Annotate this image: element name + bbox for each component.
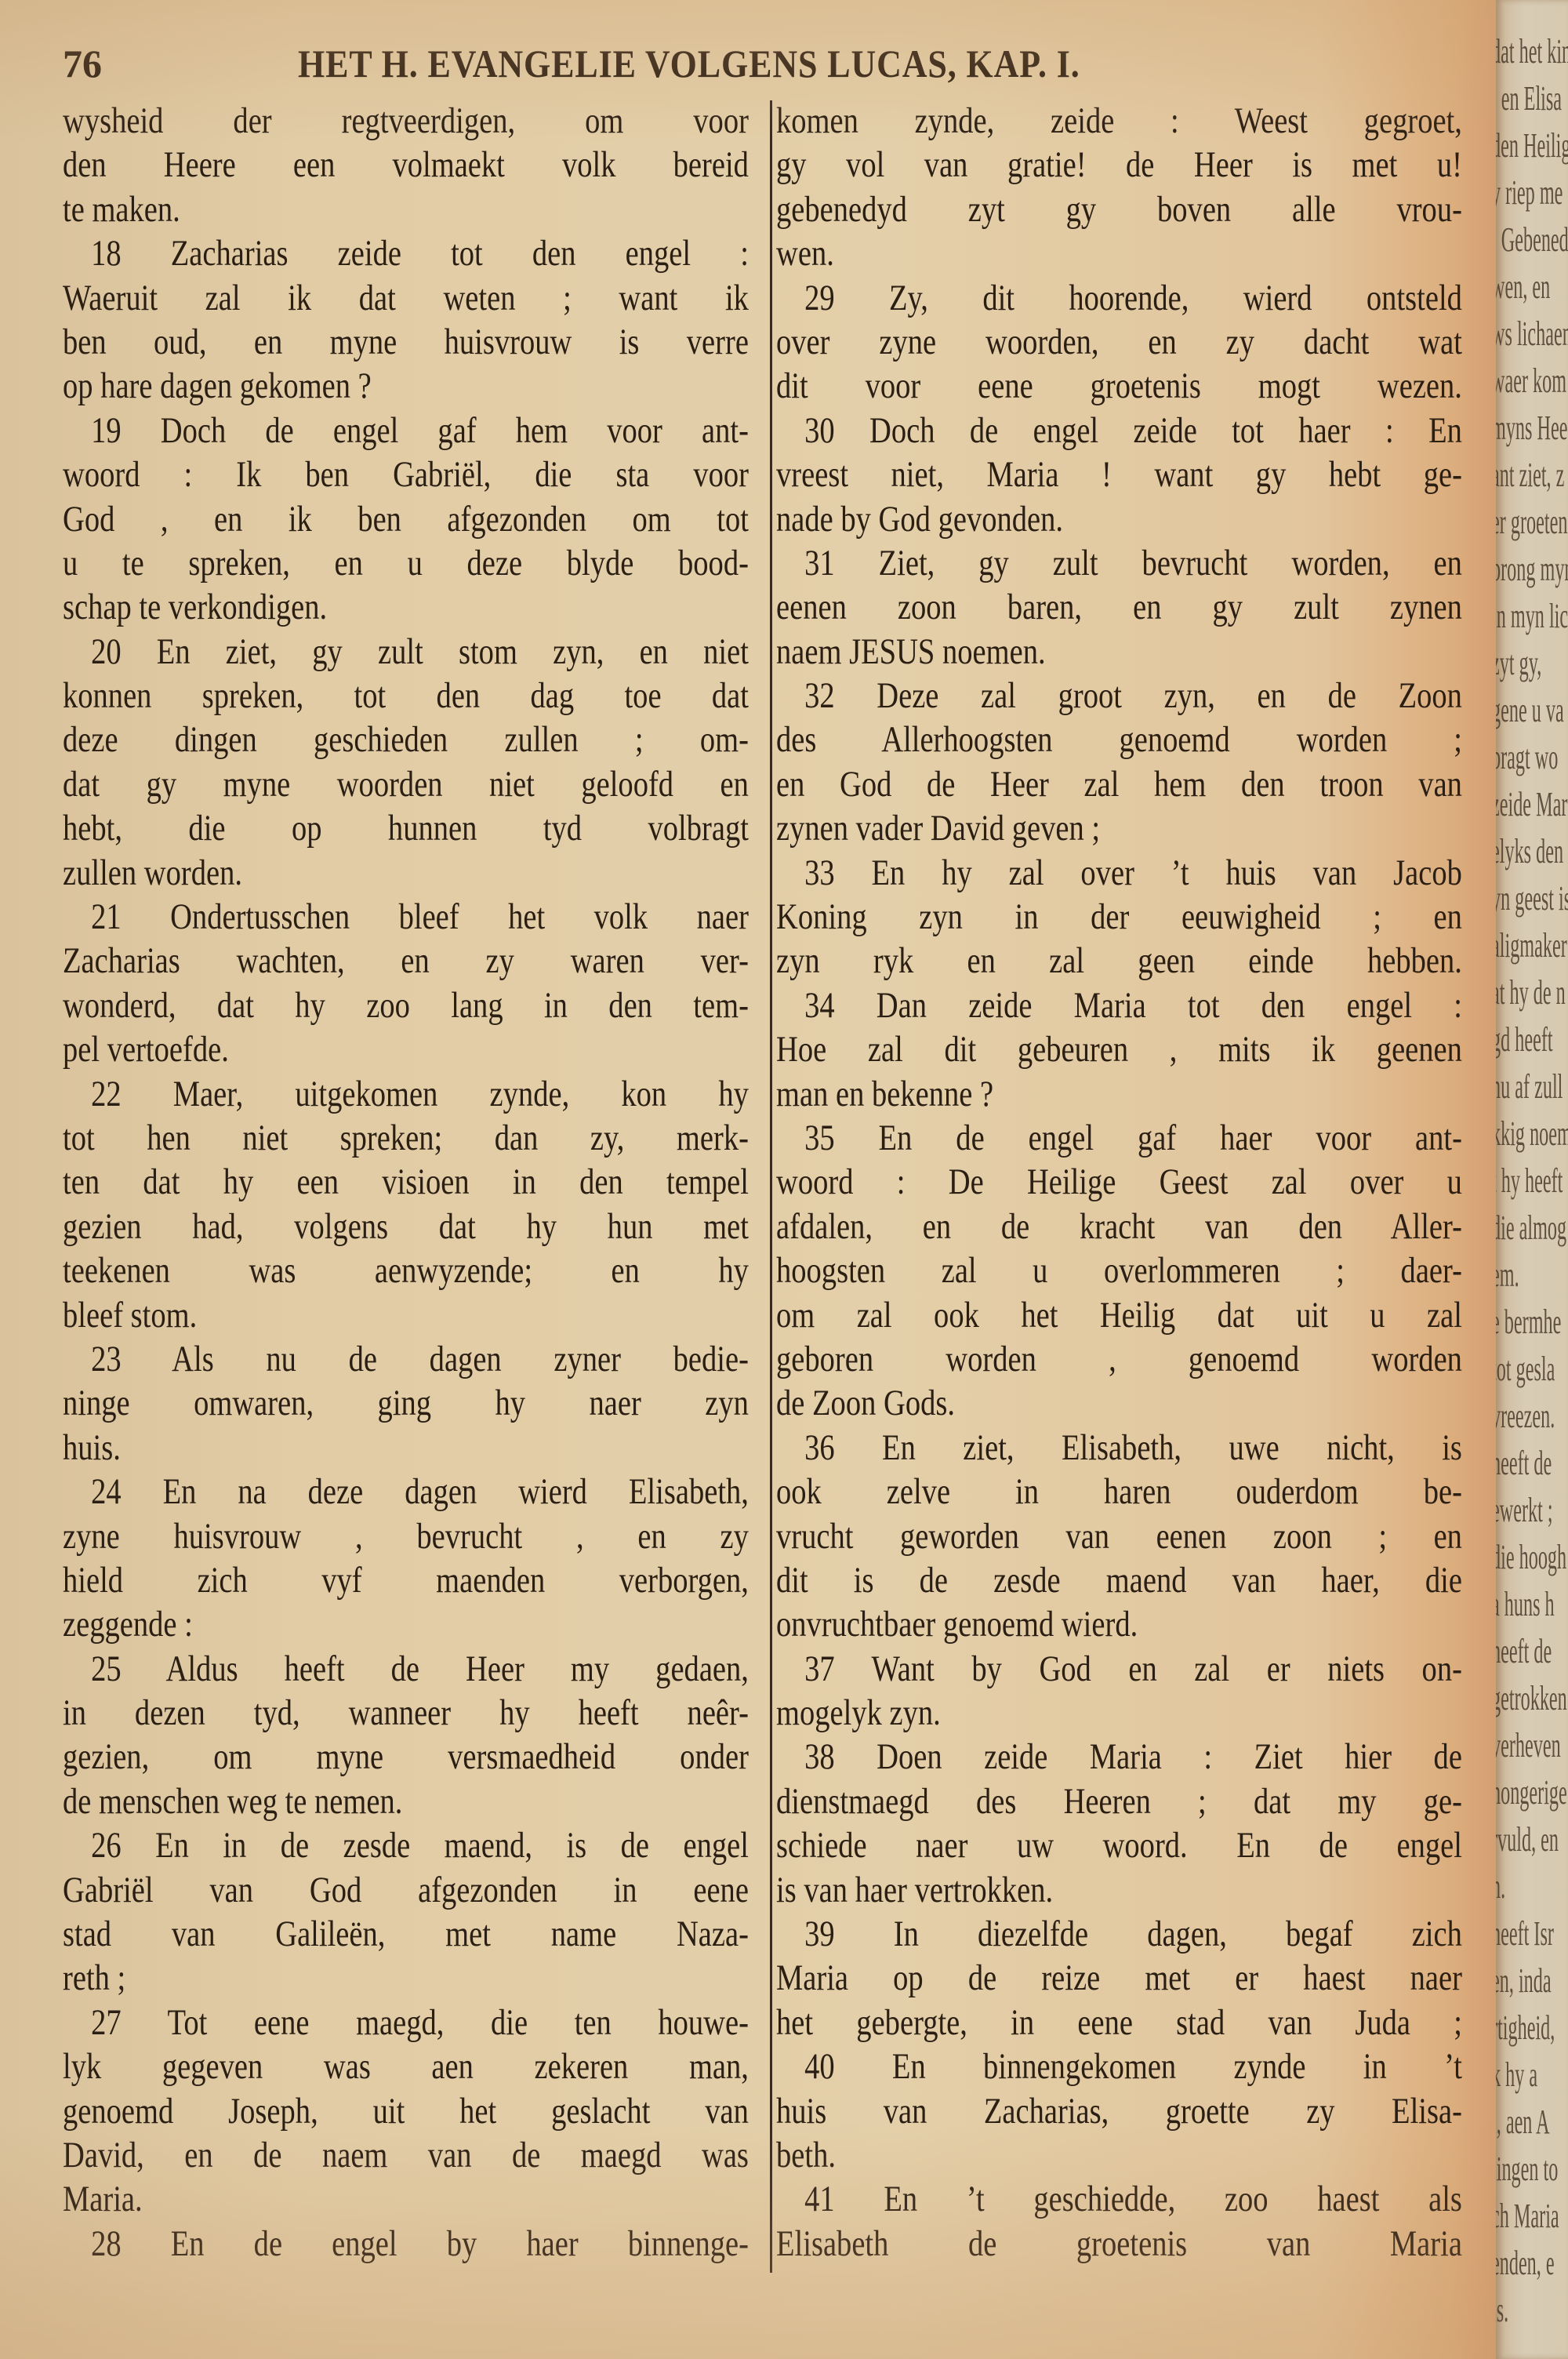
text-line: zullen worden. [63, 851, 749, 895]
text-line: huis van Zacharias, groette zy Elisa- [776, 2089, 1462, 2133]
text-line: gy vol van gratie! de Heer is met u! [776, 143, 1462, 187]
text-line: Maria. [63, 2177, 749, 2221]
text-line: eenen zoon baren, en gy zult zynen [776, 585, 1462, 629]
text-line: in dezen tyd, wanneer hy heeft neêr- [63, 1691, 749, 1735]
text-line: Maria op de reize met er haest naer [776, 1956, 1462, 2000]
verse-start-line: 41 En ’t geschiedde, zoo haest als [776, 2177, 1462, 2221]
facing-page-text-fragment: in myn lic [1496, 596, 1568, 636]
facing-page-text-fragment: verheven [1496, 1725, 1561, 1765]
verse-start-line: 38 Doen zeide Maria : Ziet hier de [776, 1735, 1462, 1779]
facing-page-text-fragment: zeide Mari [1496, 784, 1568, 824]
text-line: bleef stom. [63, 1293, 749, 1337]
facing-page-text-fragment: y riep me [1496, 173, 1563, 213]
facing-page-text-fragment: dat het kin [1496, 31, 1568, 71]
text-line: ten dat hy een visioen in den tempel [63, 1160, 749, 1204]
text-line: wysheid der regtveerdigen, om voor [63, 99, 749, 143]
facing-page-text-fragment: ; en Elisa [1496, 78, 1562, 118]
facing-page-text-fragment: e bermhe [1496, 1302, 1561, 1342]
facing-page-text-fragment: ewerkt ; [1496, 1490, 1553, 1530]
verse-start-line: 26 En in de zesde maend, is de engel [63, 1823, 749, 1867]
page-number: 76 [63, 41, 102, 86]
text-line: konnen spreken, tot den dag toe dat [63, 674, 749, 718]
facing-page-text-fragment: hongerige [1496, 1772, 1567, 1812]
column-divider [770, 100, 772, 2273]
facing-page-text-fragment: ws lichaem [1496, 314, 1568, 354]
text-line: den Heere een volmaekt volk bereid [63, 143, 749, 187]
text-line: zeggende : [63, 1602, 749, 1646]
facing-page-text-fragment: a huns h [1496, 1584, 1555, 1624]
text-line: lyk gegeven was aen zekeren man, [63, 2045, 749, 2088]
verse-start-line: 20 En ziet, gy zult stom zyn, en niet [63, 630, 749, 674]
facing-page-text-fragment: die almog [1496, 1208, 1566, 1248]
text-line: het gebergte, in eene stad van Juda ; [776, 2001, 1462, 2045]
text-line: hebt, die op hunnen tyd volbragt [63, 806, 749, 850]
verse-start-line: 23 Als nu de dagen zyner bedie- [63, 1337, 749, 1381]
text-line: ook zelve in haren ouderdom be- [776, 1470, 1462, 1514]
verse-start-line: 22 Maer, uitgekomen zynde, kon hy [63, 1072, 749, 1116]
facing-page-text-fragment: gd heeft [1496, 1020, 1553, 1060]
facing-page-text-fragment: myns Heer [1496, 408, 1568, 448]
text-line: mogelyk zyn. [776, 1691, 1462, 1735]
text-line: hield zich vyf maenden verborgen, [63, 1558, 749, 1602]
text-line: genoemd Joseph, uit het geslacht van [63, 2089, 749, 2133]
text-line: man en bekenne ? [776, 1072, 1462, 1116]
facing-page-text-fragment: l, aen A [1496, 2102, 1550, 2142]
verse-start-line: 34 Dan zeide Maria tot den engel : [776, 983, 1462, 1027]
verse-start-line: 24 En na deze dagen wierd Elisabeth, [63, 1470, 749, 1514]
verse-start-line: 40 En binnengekomen zynde in ’t [776, 2045, 1462, 2088]
text-line: woord : De Heilige Geest zal over u [776, 1160, 1462, 1204]
text-line: zyne huisvrouw , bevrucht , en zy [63, 1514, 749, 1558]
facing-page-text-fragment: : Gebened [1496, 220, 1568, 260]
facing-page-text-fragment: aligmaker [1496, 925, 1567, 965]
facing-page-text-fragment: at hy de n [1496, 972, 1566, 1012]
text-line: dat gy myne woorden niet geloofd en [63, 762, 749, 806]
text-line: David, en de naem van de maegd was [63, 2133, 749, 2177]
facing-page-text-fragment: tot gesla [1496, 1349, 1555, 1389]
text-line: ninge omwaren, ging hy naer zyn [63, 1381, 749, 1425]
facing-page-text-fragment: heeft de [1496, 1631, 1552, 1671]
facing-page-text-fragment: n. [1496, 1866, 1505, 1906]
verse-start-line: 35 En de engel gaf haer voor ant- [776, 1116, 1462, 1160]
text-line: geboren worden , genoemd worden [776, 1337, 1462, 1381]
verse-start-line: 25 Aldus heeft de Heer my gedaen, [63, 1647, 749, 1691]
text-line: te maken. [63, 187, 749, 231]
text-line: stad van Galileën, met name Naza- [63, 1912, 749, 1956]
text-line: nade by God gevonden. [776, 497, 1462, 541]
text-line: dit is de zesde maend van haer, die [776, 1558, 1462, 1602]
text-line: vreest niet, Maria ! want gy hebt ge- [776, 453, 1462, 496]
right-text-column: komen zynde, zeide : Weest gegroet,gy vo… [776, 99, 1462, 2266]
facing-page-text-fragment: yn geest is [1496, 878, 1568, 918]
facing-page-text-fragment: k hy a [1496, 2055, 1537, 2095]
facing-page-text-fragment: heeft Isr [1496, 1914, 1554, 1954]
text-line: hoogsten zal u overlommeren ; daer- [776, 1249, 1462, 1292]
verse-start-line: 37 Want by God en zal er niets on- [776, 1647, 1462, 1691]
facing-page-text-fragment: wen, en [1496, 267, 1550, 307]
facing-page-text-fragment: kkig noem [1496, 1114, 1568, 1154]
facing-page-text-fragment: rtigheid, [1496, 2008, 1555, 2048]
facing-page-text-fragment: en, inda [1496, 1961, 1552, 2001]
text-line: dit voor eene groetenis mogt wezen. [776, 364, 1462, 408]
text-line: ben oud, en myne huisvrouw is verre [63, 320, 749, 364]
facing-page-text-fragment: getrokken [1496, 1678, 1567, 1718]
facing-page-text-fragment: ch Maria [1496, 2196, 1559, 2236]
text-line: des Allerhoogsten genoemd worden ; [776, 718, 1462, 761]
text-line: op hare dagen gekomen ? [63, 364, 749, 408]
text-line: is van haer vertrokken. [776, 1868, 1462, 1912]
text-line: schap te verkondigen. [63, 585, 749, 629]
verse-start-line: 30 Doch de engel zeide tot haer : En [776, 409, 1462, 453]
facing-page-text-fragment: waer kom [1496, 361, 1566, 401]
text-line: gezien, om myne versmaedheid onder [63, 1735, 749, 1779]
verse-start-line: 27 Tot eene maegd, die ten houwe- [63, 2001, 749, 2045]
text-line: deze dingen geschieden zullen ; om- [63, 718, 749, 761]
text-line: de Zoon Gods. [776, 1381, 1462, 1425]
facing-page-text-fragment: zyt gy, [1496, 643, 1541, 683]
text-line: over zyne woorden, en zy dacht wat [776, 320, 1462, 364]
book-page: 76 HET H. EVANGELIE VOLGENS LUCAS, KAP. … [0, 0, 1496, 2359]
text-line: u te spreken, en u deze blyde bood- [63, 541, 749, 585]
text-line: dienstmaegd des Heeren ; dat my ge- [776, 1779, 1462, 1823]
text-line: om zal ook het Heilig dat uit u zal [776, 1293, 1462, 1337]
verse-start-line: 29 Zy, dit hoorende, wierd ontsteld [776, 276, 1462, 320]
facing-page-edge: dat het kin; en Elisaden Heiligy riep me… [1496, 0, 1568, 2359]
text-line: Elisabeth de groetenis van Maria [776, 2222, 1462, 2266]
verse-start-line: 19 Doch de engel gaf hem voor ant- [63, 409, 749, 453]
text-line: tot hen niet spreken; dan zy, merk- [63, 1116, 749, 1160]
facing-page-text-fragment: den Heilig [1496, 125, 1568, 165]
facing-page-text-fragment: lingen to [1496, 2149, 1558, 2189]
text-line: gezien had, volgens dat hy hun met [63, 1205, 749, 1249]
facing-page-text-fragment: heeft de [1496, 1443, 1552, 1483]
facing-page-text-fragment: vreezen. [1496, 1396, 1555, 1436]
left-text-column: wysheid der regtveerdigen, om voorden He… [63, 99, 749, 2266]
text-line: onvruchtbaer genoemd wierd. [776, 1602, 1462, 1646]
verse-start-line: 28 En de engel by haer binnenge- [63, 2222, 749, 2266]
verse-start-line: 18 Zacharias zeide tot den engel : [63, 231, 749, 275]
text-line: naem JESUS noemen. [776, 630, 1462, 674]
text-line: Koning zyn in der eeuwigheid ; en [776, 895, 1462, 939]
text-line: huis. [63, 1426, 749, 1470]
text-line: schiede naer uw woord. En de engel [776, 1823, 1462, 1867]
facing-page-text-fragment: is. [1496, 2290, 1508, 2330]
verse-start-line: 32 Deze zal groot zyn, en de Zoon [776, 674, 1462, 718]
verse-start-line: 39 In diezelfde dagen, begaf zich [776, 1912, 1462, 1956]
facing-page-text-fragment: t hy heeft [1496, 1161, 1563, 1201]
text-line: beth. [776, 2133, 1462, 2177]
facing-page-text-fragment: enden, e [1496, 2243, 1555, 2283]
facing-page-text-fragment: ant ziet, z [1496, 455, 1564, 495]
facing-page-text-fragment: nu af zull [1496, 1067, 1563, 1107]
verse-start-line: 31 Ziet, gy zult bevrucht worden, en [776, 541, 1462, 585]
text-line: reth ; [63, 1956, 749, 2000]
text-line: Gabriël van God afgezonden in eene [63, 1868, 749, 1912]
facing-page-text-fragment: em. [1496, 1255, 1519, 1295]
text-line: gebenedyd zyt gy boven alle vrou- [776, 187, 1462, 231]
text-line: Waeruit zal ik dat weten ; want ik [63, 276, 749, 320]
text-line: komen zynde, zeide : Weest gegroet, [776, 99, 1462, 143]
text-line: Zacharias wachten, en zy waren ver- [63, 939, 749, 983]
facing-page-text-fragment: prong myn [1496, 549, 1568, 589]
text-line: afdalen, en de kracht van den Aller- [776, 1205, 1462, 1249]
facing-page-text-fragment: er groeteni [1496, 502, 1568, 542]
facing-page-text-fragment: bragt wo [1496, 737, 1558, 777]
text-line: de menschen weg te nemen. [63, 1779, 749, 1823]
text-line: wen. [776, 231, 1462, 275]
text-line: wonderd, dat hy zoo lang in den tem- [63, 983, 749, 1027]
verse-start-line: 36 En ziet, Elisabeth, uwe nicht, is [776, 1426, 1462, 1470]
text-line: woord : Ik ben Gabriël, die sta voor [63, 453, 749, 496]
facing-page-text-fragment: elyks den [1496, 831, 1563, 871]
text-line: vrucht geworden van eenen zoon ; en [776, 1514, 1462, 1558]
text-line: teekenen was aenwyzende; en hy [63, 1249, 749, 1292]
text-line: Hoe zal dit gebeuren , mits ik geenen [776, 1027, 1462, 1071]
text-line: zyn ryk en zal geen einde hebben. [776, 939, 1462, 983]
facing-page-text-fragment: rvuld, en [1496, 1819, 1559, 1859]
text-line: en God de Heer zal hem den troon van [776, 762, 1462, 806]
facing-page-text-fragment: die hoogh [1496, 1537, 1566, 1577]
text-line: God , en ik ben afgezonden om tot [63, 497, 749, 541]
text-line: pel vertoefde. [63, 1027, 749, 1071]
text-line: zynen vader David geven ; [776, 806, 1462, 850]
running-title: HET H. EVANGELIE VOLGENS LUCAS, KAP. I. [298, 41, 1080, 86]
verse-start-line: 21 Ondertusschen bleef het volk naer [63, 895, 749, 939]
facing-page-text-fragment: gene u va [1496, 690, 1564, 730]
running-head: 76 HET H. EVANGELIE VOLGENS LUCAS, KAP. … [63, 41, 1458, 88]
verse-start-line: 33 En hy zal over ’t huis van Jacob [776, 851, 1462, 895]
